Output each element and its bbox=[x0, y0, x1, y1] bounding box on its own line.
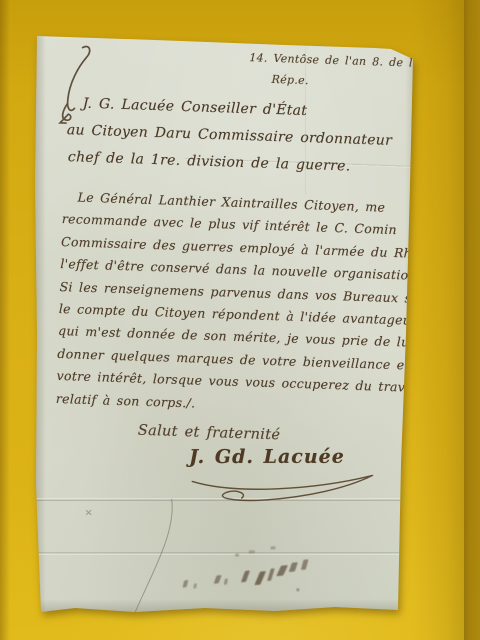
letter-photograph: 14. Ventôse de l'an 8. de la Rép.e. J. G… bbox=[0, 0, 480, 640]
date-trailing-rule bbox=[422, 62, 450, 64]
manuscript-paper: 14. Ventôse de l'an 8. de la Rép.e. J. G… bbox=[35, 34, 418, 614]
hairline-fiber bbox=[16, 34, 418, 626]
handwriting-layer: 14. Ventôse de l'an 8. de la Rép.e. J. G… bbox=[16, 34, 418, 626]
paper-sheet-wrapper: 14. Ventôse de l'an 8. de la Rép.e. J. G… bbox=[0, 0, 480, 640]
